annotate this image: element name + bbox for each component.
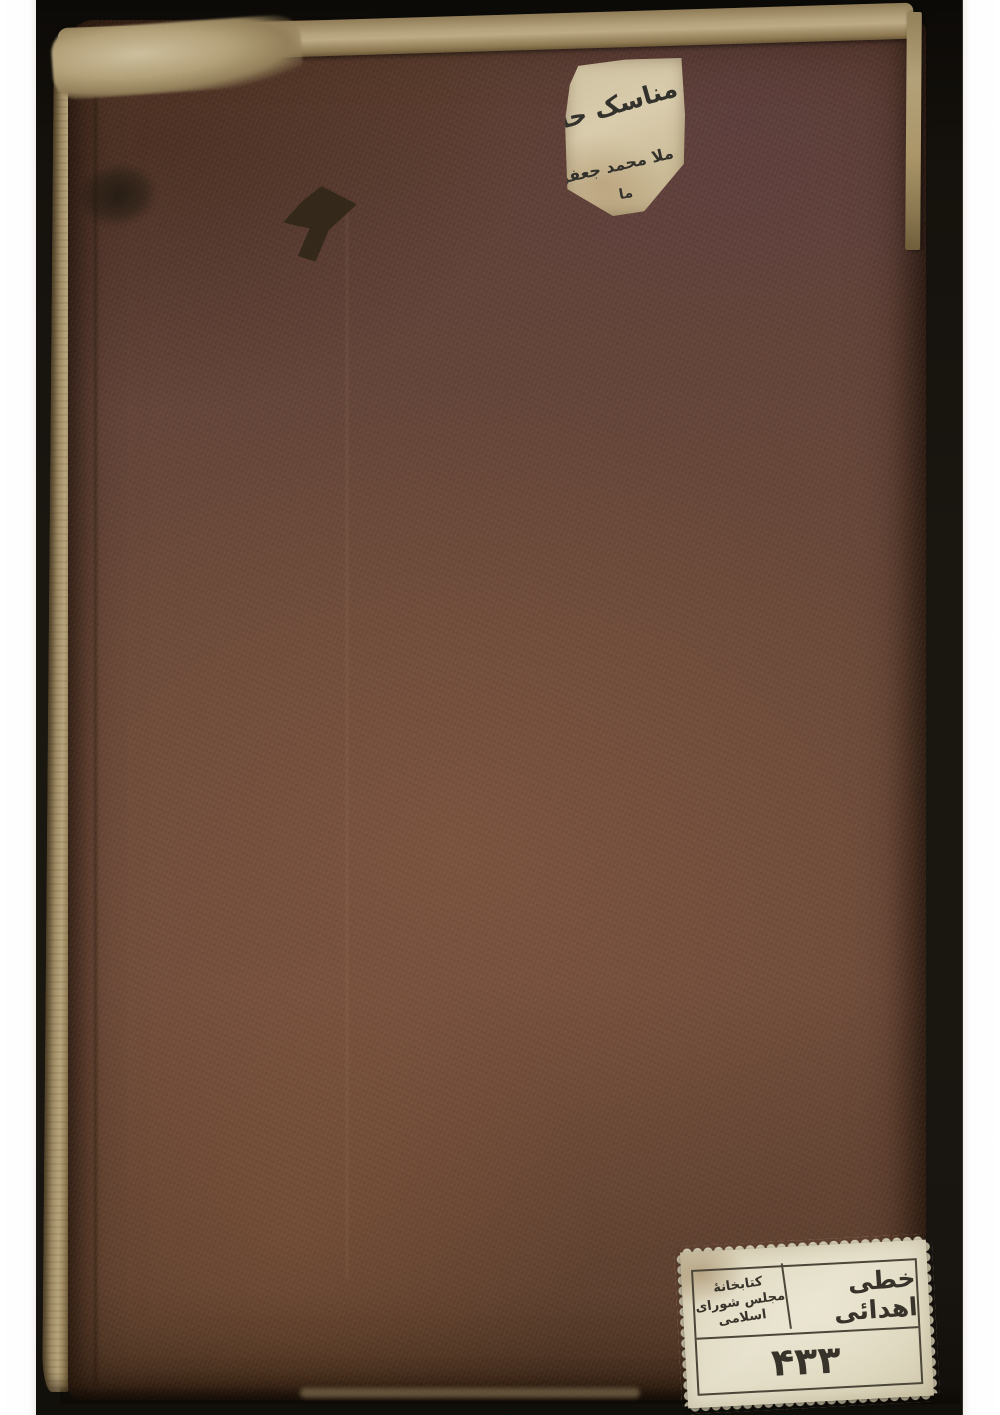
exposed-board-sliver [905, 12, 922, 250]
handwritten-title-line-2: ملا محمد جعفر [558, 143, 676, 188]
manuscript-cover-scan: مناسک حاج ملا محمد جعفر ما کتابخانهٔ مجل… [0, 0, 1000, 1415]
leather-cover [68, 20, 926, 1400]
library-sticker: کتابخانهٔ مجلس شورای اسلامی خطی اهدائی ۴… [680, 1240, 934, 1409]
faint-seam-highlight [346, 200, 348, 1280]
bottom-edge-scuff [300, 1388, 640, 1398]
call-number-cell: ۴۳۳ [697, 1328, 922, 1394]
dark-stain-left [73, 157, 163, 234]
leather-grain-texture [68, 20, 926, 1400]
board-groove-line [94, 30, 97, 1386]
library-name-cell: کتابخانهٔ مجلس شورای اسلامی [691, 1263, 792, 1341]
scanner-margin-left [0, 0, 36, 1415]
scanner-margin-right [962, 0, 1000, 1415]
sticker-table: کتابخانهٔ مجلس شورای اسلامی خطی اهدائی ۴… [691, 1258, 923, 1396]
handwritten-title-line-3: ما [618, 185, 635, 203]
book-cover [44, 12, 928, 1404]
sticker-top-row: کتابخانهٔ مجلس شورای اسلامی خطی اهدائی [693, 1260, 918, 1339]
manuscript-category-cell: خطی اهدائی [786, 1259, 919, 1334]
